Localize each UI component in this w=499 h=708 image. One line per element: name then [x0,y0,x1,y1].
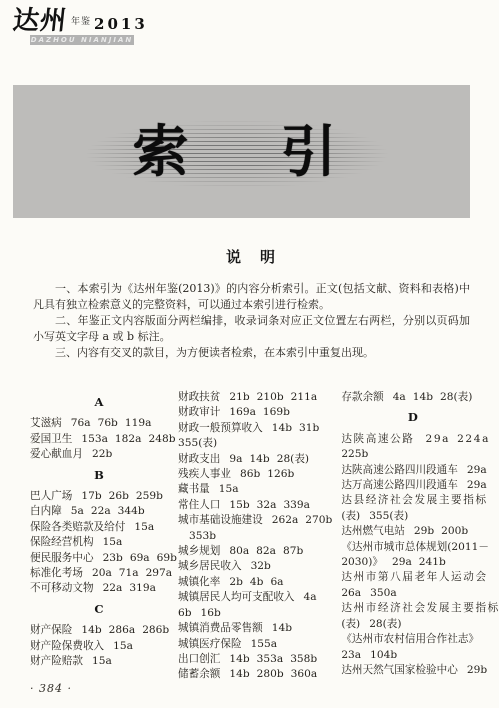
index-entry: 财政扶贫21b210b211a [178,390,332,405]
index-columns: A艾滋病76a76b119a爱国卫生153a182a248b爱心献血月22bB巴… [30,390,477,683]
entry-term: 艾滋病 [30,417,62,429]
entry-term: 《达州市城市总体规划(2011－ [341,541,489,553]
entry-term: 财产险赔款 [30,655,83,667]
explanation-paragraph-1: 一、本索引为《达州年鉴(2013)》的内容分析索引。正文(包括文献、资料和表格)… [33,281,470,313]
entry-page-ref: 22a [103,582,123,594]
index-entry: 达县经济社会发展主要指标 [341,493,485,508]
entry-term: 财产险保费收入 [30,640,104,652]
index-title-char-suo: 索 [133,124,189,180]
entry-term: 《达州市农村信用合作社志》 [341,633,479,645]
entry-term: (表) [341,510,360,522]
explanation-paragraph-2: 二、年鉴正文内容版面分两栏编排，收录词条对应正文位置左右两栏，分别以页码加小写英… [33,313,470,345]
entry-page-ref: 76b [98,417,118,429]
entry-page-ref: 14b [229,668,249,680]
entry-term: 城镇居民人均可支配收入 [178,591,295,603]
entry-page-ref: 14b [81,624,101,636]
index-entry: 《达州市农村信用合作社志》 [341,632,485,647]
entry-page-ref: 15a [92,655,112,667]
entry-term: 藏书量 [178,483,210,495]
entry-page-ref: 80a [229,545,249,557]
index-entry: 26a350a [341,586,485,601]
index-entry: 225b [341,447,485,462]
entry-term: 355(表) [178,437,217,449]
entry-page-ref: 69b [157,552,177,564]
brand-romanization-bar: DAZHOU NIANJIAN [30,35,134,45]
letter-heading: B [30,468,169,483]
entry-page-ref: 355(表) [369,510,408,522]
index-entry: 标准化考场20a71a297a [30,566,169,581]
entry-page-ref: 29a [467,479,487,491]
entry-term: 225b [341,448,368,460]
index-entry: 城镇消费品零售额14b [178,621,332,636]
entry-term: 达州市经济社会发展主要指标 [341,602,499,614]
index-title-char-yin: 引 [281,124,337,180]
index-entry: 2030)》29a241b [341,555,485,570]
index-column-2: 财政扶贫21b210b211a财政审计169a169b财政一般预算收入14b31… [178,390,332,683]
index-entry: 财产险保费收入15a [30,639,169,654]
entry-term: 爱心献血月 [30,448,83,460]
entry-page-ref: 22b [92,448,112,460]
index-title-banner: 索 引 [13,85,470,218]
entry-page-ref: 76a [71,417,91,429]
index-entry: 城镇医疗保险155a [178,637,332,652]
entry-page-ref: 29a [467,464,487,476]
entry-page-ref: 224a [457,433,490,445]
entry-term: (表) [341,618,360,630]
entry-term: 保险经营机构 [30,536,94,548]
entry-page-ref: 28(表) [277,453,309,465]
entry-term: 6b [178,607,192,619]
index-entry: 爱心献血月22b [30,447,169,462]
explanation-title: 说 明 [33,246,470,267]
entry-page-ref: 15a [219,483,239,495]
index-entry: 达州市第八届老年人运动会 [341,570,485,585]
masthead: 达州 年鉴 2013 DAZHOU NIANJIAN [13,8,233,45]
entry-term: 爱国卫生 [30,433,72,445]
index-entry: 6b16b [178,606,332,621]
entry-page-ref: 29a [392,556,412,568]
entry-page-ref: 211a [291,391,318,403]
entry-term: 出口创汇 [178,653,220,665]
page-number: · 384 · [30,682,72,695]
entry-page-ref: 360a [291,668,318,680]
entry-page-ref: 210b [257,391,284,403]
entry-page-ref: 22a [91,505,111,517]
brand-year-label: 2013 [94,17,148,32]
entry-term: 达州燃气电站 [341,525,405,537]
entry-page-ref: 14b [249,453,269,465]
entry-page-ref: 28(表) [440,391,472,403]
entry-page-ref: 69a [130,552,150,564]
entry-page-ref: 182a [115,433,142,445]
entry-page-ref: 32a [257,499,277,511]
index-entry: 城乡居民收入32b [178,559,332,574]
index-entry: 达州燃气电站29b200b [341,524,485,539]
index-entry: 爱国卫生153a182a248b [30,432,169,447]
entry-term: 达陕高速公路四川段通车 [341,464,458,476]
entry-page-ref: 15b [229,499,249,511]
entry-page-ref: 153a [81,433,108,445]
entry-page-ref: 358b [290,653,317,665]
entry-term: 达州天然气国家检验中心 [341,664,458,676]
entry-term: 城镇消费品零售额 [178,622,263,634]
entry-term: 城镇医疗保险 [178,638,242,650]
entry-page-ref: 259b [136,490,163,502]
explanation-section: 说 明 一、本索引为《达州年鉴(2013)》的内容分析索引。正文(包括文献、资料… [33,246,470,361]
entry-term: 常住人口 [178,499,220,511]
index-entry: 财产保险14b286a286b [30,623,169,638]
entry-page-ref: 29b [414,525,434,537]
entry-term: 不可移动文物 [30,582,94,594]
index-entry: 财政一般预算收入14b31b [178,421,332,436]
entry-page-ref: 155a [251,638,278,650]
entry-page-ref: 262a [272,514,299,526]
index-entry: 达万高速公路四川段通车29a [341,478,485,493]
entry-page-ref: 286b [142,624,169,636]
entry-page-ref: 344b [118,505,145,517]
letter-heading: A [30,395,169,410]
index-entry: 355(表) [178,436,332,451]
entry-page-ref: 14b [229,653,249,665]
entry-page-ref: 15a [103,536,123,548]
entry-term: 353b [189,530,216,542]
index-entry: 城乡规划80a82a87b [178,544,332,559]
entry-page-ref: 29b [467,664,487,676]
entry-page-ref: 26b [109,490,129,502]
index-entry: 《达州市城市总体规划(2011－ [341,540,485,555]
entry-page-ref: 200b [441,525,468,537]
entry-page-ref: 86b [240,468,260,480]
entry-page-ref: 82a [256,545,276,557]
yearbook-index-page: 达州 年鉴 2013 DAZHOU NIANJIAN 索 引 说 明 一、本索引… [0,0,499,708]
index-entry: 常住人口15b32a339a [178,498,332,513]
entry-term: 存款余额 [341,391,383,403]
entry-page-ref: 87b [283,545,303,557]
entry-term: 2030)》 [341,556,383,568]
index-entry: 不可移动文物22a319a [30,581,169,596]
entry-term: 26a [341,587,361,599]
entry-page-ref: 270b [305,514,332,526]
entry-page-ref: 280b [257,668,284,680]
entry-page-ref: 9a [229,453,242,465]
index-entry: 财产险赔款15a [30,654,169,669]
entry-page-ref: 4a [304,591,317,603]
index-entry: 保险经营机构15a [30,535,169,550]
entry-term: 城乡规划 [178,545,220,557]
entry-page-ref: 17b [81,490,101,502]
entry-page-ref: 119a [125,417,152,429]
entry-page-ref: 32b [251,560,271,572]
entry-page-ref: 20a [92,567,112,579]
brand-romanization-text: DAZHOU NIANJIAN [31,36,133,44]
entry-term: 城市基础设施建设 [178,514,263,526]
entry-term: 城乡居民收入 [178,560,242,572]
entry-page-ref: 31b [299,422,319,434]
page-footer: · 384 · [30,682,72,695]
entry-term: 城镇化率 [178,576,220,588]
entry-term: 保险各类赔款及给付 [30,521,125,533]
entry-term: 白内障 [30,505,62,517]
entry-page-ref: 2b [229,576,243,588]
index-entry: 存款余额4a14b28(表) [341,390,485,405]
entry-page-ref: 29a [425,433,450,445]
entry-page-ref: 248b [148,433,175,445]
index-entry: 城市基础设施建设262a270b [178,513,332,528]
entry-page-ref: 14b [272,422,292,434]
entry-page-ref: 4a [393,391,406,403]
entry-page-ref: 15a [113,640,133,652]
entry-page-ref: 15a [134,521,154,533]
index-entry: 23a104b [341,648,485,663]
index-entry: 达陕高速公路四川段通车29a [341,463,485,478]
entry-term: 巴人广场 [30,490,72,502]
entry-page-ref: 241b [419,556,446,568]
entry-term: 储蓄余额 [178,668,220,680]
entry-term: 残疾人事业 [178,468,231,480]
entry-page-ref: 5a [71,505,84,517]
entry-page-ref: 126b [267,468,294,480]
entry-term: 财政支出 [178,453,220,465]
entry-term: 财政一般预算收入 [178,422,263,434]
brand-nianjian-label: 年鉴 [71,18,91,27]
entry-term: 财政审计 [178,406,220,418]
index-entry: 艾滋病76a76b119a [30,416,169,431]
entry-term: 财政扶贫 [178,391,220,403]
entry-page-ref: 71a [119,567,139,579]
entry-term: 便民服务中心 [30,552,94,564]
entry-page-ref: 23b [103,552,123,564]
index-entry: 保险各类赔款及给付15a [30,520,169,535]
entry-term: 达县经济社会发展主要指标 [341,494,487,506]
entry-term: 达州市第八届老年人运动会 [341,571,487,583]
entry-page-ref: 14b [272,622,292,634]
index-entry: 财政审计169a169b [178,405,332,420]
brand-dazhou-logotype: 达州 [12,8,69,34]
entry-page-ref: 339a [283,499,310,511]
letter-heading: D [341,410,485,425]
entry-page-ref: 169a [229,406,256,418]
index-entry: (表)355(表) [341,509,485,524]
entry-page-ref: 353a [257,653,284,665]
letter-heading: C [30,602,169,617]
index-entry: 藏书量15a [178,482,332,497]
entry-page-ref: 297a [146,567,173,579]
index-column-3: 存款余额4a14b28(表)D达陕高速公路29a224a225b达陕高速公路四川… [341,390,485,683]
entry-page-ref: 4b [250,576,264,588]
index-entry: 便民服务中心23b69a69b [30,551,169,566]
index-entry: 达陕高速公路29a224a [341,432,485,447]
entry-page-ref: 28(表) [369,618,401,630]
entry-page-ref: 104b [370,649,397,661]
index-column-1: A艾滋病76a76b119a爱国卫生153a182a248b爱心献血月22bB巴… [30,390,169,683]
index-entry: 达州市经济社会发展主要指标 [341,601,485,616]
entry-term: 达万高速公路四川段通车 [341,479,458,491]
index-entry: 达州天然气国家检验中心29b [341,663,485,678]
entry-page-ref: 16b [201,607,221,619]
index-entry: 残疾人事业86b126b [178,467,332,482]
index-entry: 财政支出9a14b28(表) [178,452,332,467]
brand-row: 达州 年鉴 2013 [13,8,233,34]
entry-term: 达陕高速公路 [341,433,414,445]
index-entry: 出口创汇14b353a358b [178,652,332,667]
index-entry: 353b [178,529,332,544]
entry-page-ref: 6a [270,576,283,588]
entry-term: 23a [341,649,361,661]
entry-page-ref: 319a [129,582,156,594]
index-entry: 巴人广场17b26b259b [30,489,169,504]
index-entry: 白内障5a22a344b [30,504,169,519]
index-entry: 储蓄余额14b280b360a [178,667,332,682]
index-entry: (表)28(表) [341,617,485,632]
entry-term: 财产保险 [30,624,72,636]
index-entry: 城镇化率2b4b6a [178,575,332,590]
index-title: 索 引 [13,85,470,218]
entry-page-ref: 169b [263,406,290,418]
entry-page-ref: 14b [413,391,433,403]
entry-page-ref: 21b [229,391,249,403]
entry-term: 标准化考场 [30,567,83,579]
explanation-paragraph-3: 三、内容有交叉的款目，为方便读者检索，在本索引中重复出现。 [33,345,470,361]
entry-page-ref: 350a [370,587,397,599]
index-entry: 城镇居民人均可支配收入4a [178,590,332,605]
entry-page-ref: 286a [109,624,136,636]
